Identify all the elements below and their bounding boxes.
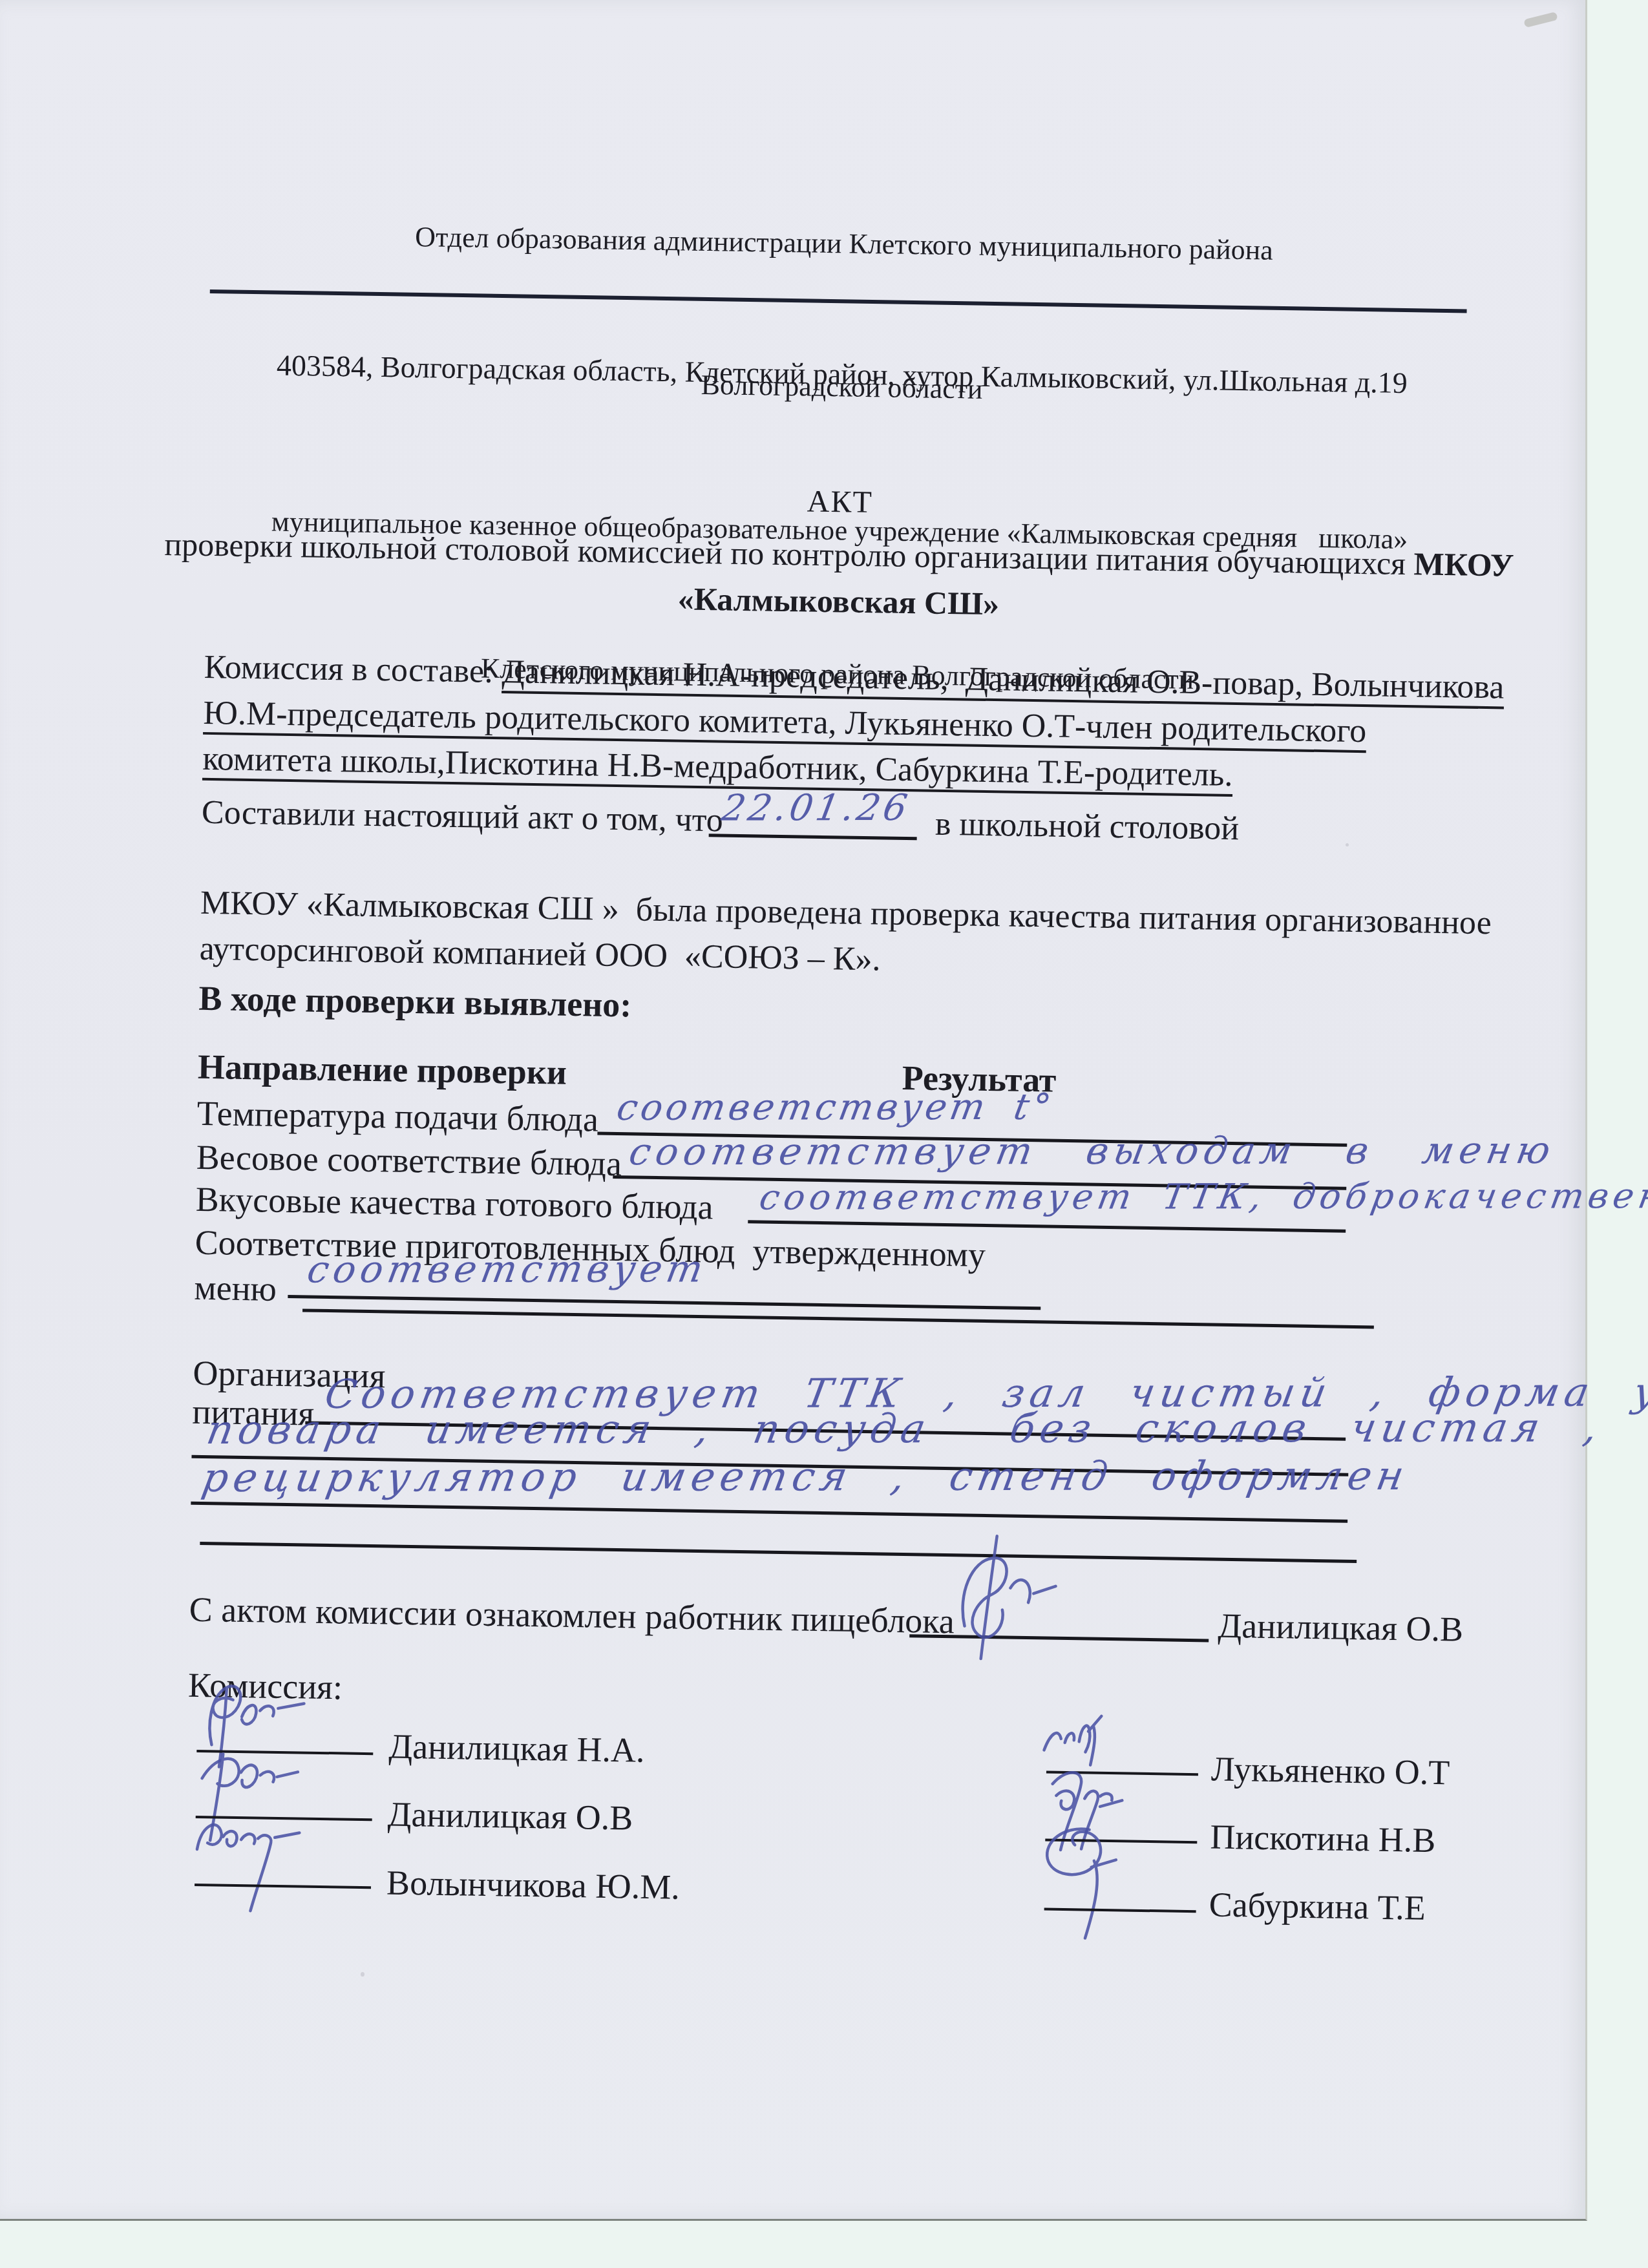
committee-member-name: Лукьяненко О.Т <box>1211 1748 1450 1795</box>
findings-heading: В ходе проверки выявлено: <box>198 977 632 1027</box>
act-statement-after-date: в школьной столовой <box>935 803 1239 850</box>
handwritten-date: 22.01.26 <box>719 787 914 829</box>
signature-volynchikova <box>184 1795 380 1921</box>
acknowledgement-text: С актом комиссии ознакомлен работник пищ… <box>189 1588 955 1644</box>
menu-row-handwritten-value: соответствует <box>304 1247 711 1292</box>
org-row-line4-empty <box>200 1542 1357 1563</box>
committee-member-name: Пискотина Н.В <box>1210 1816 1436 1863</box>
check-row-handwritten-value: соответствует выходам в меню <box>626 1128 1559 1173</box>
check-row-handwritten-value: соответствует t° <box>614 1086 1057 1129</box>
org-header-line1: Отдел образования администрации Клетског… <box>159 209 1530 278</box>
org-handwritten-line3: рециркулятор имеется , стенд оформлен <box>198 1452 1412 1501</box>
org-row-line3 <box>191 1502 1347 1523</box>
acknowledgement-name: Данилицкая О.В <box>1218 1604 1464 1652</box>
menu-row-line <box>288 1295 1041 1310</box>
committee-member-name: Волынчикова Ю.М. <box>386 1862 681 1910</box>
column-header-direction: Направление проверки <box>197 1045 567 1095</box>
org-handwritten-line2: повара имеется , посуда без сколов чиста… <box>204 1404 1607 1453</box>
committee-member-name: Данилицкая О.В <box>387 1793 633 1840</box>
menu-row-extra-line <box>302 1308 1374 1328</box>
menu-row-label-line2: меню <box>194 1266 277 1311</box>
document-content: Отдел образования администрации Клетског… <box>183 78 1480 2035</box>
subtitle-bold: МКОУ <box>1413 545 1514 583</box>
date-blank-line <box>709 834 917 840</box>
act-statement-line3: аутсорсинговой компанией ООО «СОЮЗ – К». <box>199 928 881 981</box>
scanned-document: Отдел образования администрации Клетског… <box>0 0 1648 2268</box>
committee-member-name: Сабуркина Т.Е <box>1209 1884 1426 1931</box>
check-row-handwritten-value: соответствует ТТК, доброкачественно <box>756 1175 1648 1217</box>
signature-saburkina <box>1031 1811 1201 1949</box>
signature-worker <box>918 1528 1115 1680</box>
check-row-label: Температура подачи блюда <box>196 1092 598 1142</box>
act-statement-before-date: Составили настоящий акт о том, что <box>202 792 724 842</box>
paper-sheet: Отдел образования администрации Клетског… <box>0 0 1587 2221</box>
commission-intro-plain: Комиссия в составе: <box>204 649 502 690</box>
committee-member-name: Данилицкая Н.А. <box>388 1725 645 1773</box>
scan-smudge <box>1523 12 1558 28</box>
